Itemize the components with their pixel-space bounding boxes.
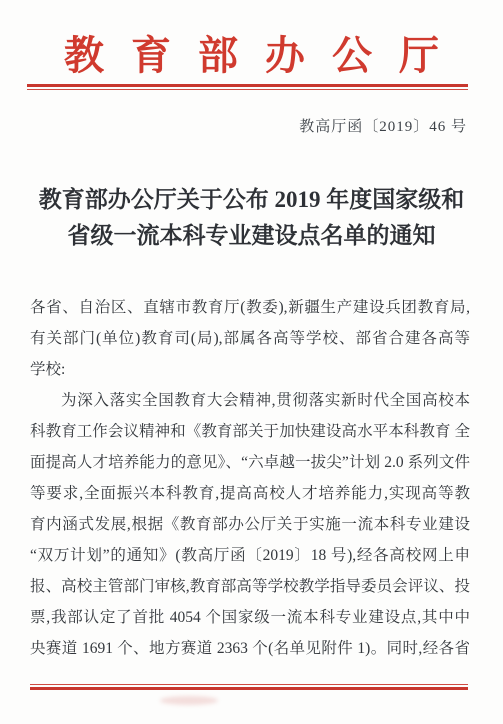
letterhead-agency-name: 教育部办公厅 — [0, 24, 503, 81]
title-line-1: 教育部办公厅关于公布 2019 年度国家级和 — [0, 182, 503, 218]
page-foot-rule — [30, 684, 468, 690]
body-line: 为深入落实全国教育大会精神,贯彻落实新时代全国高校本 — [30, 385, 470, 416]
document-page: 教育部办公厅 教高厅函〔2019〕46 号 教育部办公厅关于公布 2019 年度… — [0, 0, 503, 724]
title-line-2: 省级一流本科专业建设点名单的通知 — [0, 218, 503, 254]
body-line: 等要求,全面振兴本科教育,提高高校人才培养能力,实现高等教 — [30, 478, 470, 509]
document-body: 各省、自治区、直辖市教育厅(教委),新疆生产建设兵团教育局, 有关部门(单位)教… — [30, 292, 470, 664]
letterhead-separator-rule — [27, 84, 468, 90]
recipients-line: 有关部门(单位)教育司(局),部属各高等学校、部省合建各高等 — [30, 323, 470, 354]
body-line: 面提高人才培养能力的意见》、“六卓越一拔尖”计划 2.0 系列文件 — [30, 447, 470, 478]
body-line: 央赛道 1691 个、地方赛道 2363 个(名单见附件 1)。同时,经各省 — [30, 633, 470, 664]
scan-smudge-artifact — [160, 696, 218, 705]
recipients-line: 各省、自治区、直辖市教育厅(教委),新疆生产建设兵团教育局, — [30, 292, 470, 323]
document-title: 教育部办公厅关于公布 2019 年度国家级和 省级一流本科专业建设点名单的通知 — [0, 182, 503, 254]
body-line: 科教育工作会议精神和《教育部关于加快建设高水平本科教育 全 — [30, 416, 470, 447]
body-line: “双万计划”的通知》(教高厅函〔2019〕18 号),经各高校网上申 — [30, 540, 470, 571]
recipients-line: 学校: — [30, 354, 470, 385]
body-line: 票,我部认定了首批 4054 个国家级一流本科专业建设点,其中中 — [30, 602, 470, 633]
body-line: 报、高校主管部门审核,教育部高等学校教学指导委员会评议、投 — [30, 571, 470, 602]
body-line: 育内涵式发展,根据《教育部办公厅关于实施一流本科专业建设 — [30, 509, 470, 540]
document-number: 教高厅函〔2019〕46 号 — [299, 115, 467, 136]
